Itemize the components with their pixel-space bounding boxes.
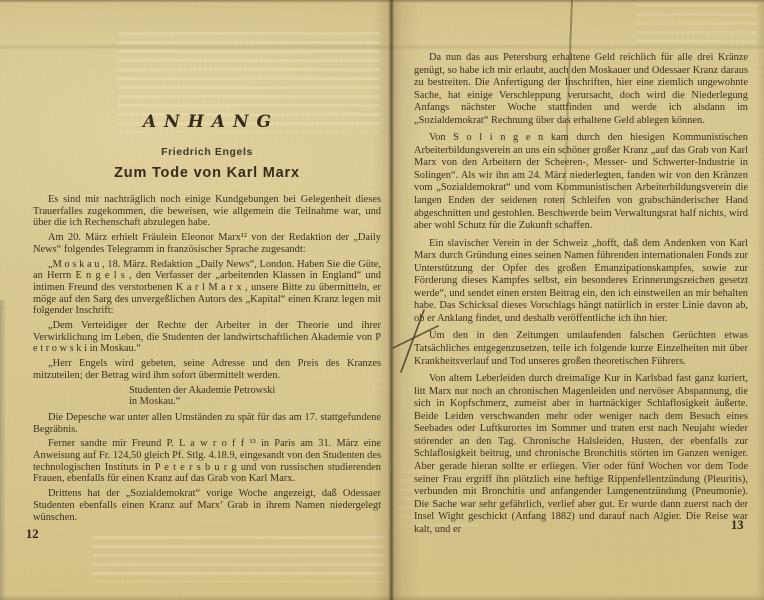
paragraph: Ein slavischer Verein in der Schweiz „ho… — [414, 238, 748, 326]
page-showthrough-texture — [636, 4, 758, 44]
page-number-right: 13 — [731, 518, 744, 533]
page-number-left: 12 — [26, 527, 39, 542]
paragraph: Ferner sandte mir Freund P. L a w r o f … — [33, 438, 381, 485]
signature-line: Studenten der Akademie Petrowski — [129, 385, 381, 397]
paragraph: Da nun das aus Petersburg erhaltene Geld… — [414, 52, 748, 127]
paper-discoloration-band — [0, 44, 764, 50]
section-title: ANHANG — [41, 112, 381, 132]
chapter-heading: Zum Tode von Karl Marx — [33, 165, 381, 181]
scan-top-edge — [0, 0, 764, 3]
paragraph: „Herr Engels wird gebeten, seine Adresse… — [33, 358, 381, 381]
paragraph: Um den in den Zeitungen umlaufenden fals… — [414, 330, 748, 368]
scan-right-edge — [756, 0, 764, 600]
paragraph: Von altem Leberleiden durch dreimalige K… — [414, 373, 748, 536]
paragraph: Die Depesche war unter allen Umständen z… — [33, 412, 381, 435]
paragraph: Es sind mir nachträglich noch einige Kun… — [33, 194, 381, 229]
author-name: Friedrich Engels — [33, 146, 381, 158]
paragraph-telegram: „M o s k a u , 18. März. Redaktion „Dail… — [33, 259, 381, 318]
scan-left-edge — [0, 300, 6, 600]
scan-bottom-edge — [0, 595, 764, 600]
paragraph: Drittens hat der „Sozialdemokrat“ vorige… — [33, 488, 381, 523]
page-showthrough-texture — [92, 536, 384, 582]
right-page: Da nun das aus Petersburg erhaltene Geld… — [414, 52, 748, 541]
telegram-signature: Studenten der Akademie Petrowski in Mosk… — [33, 385, 381, 408]
signature-line: in Moskau.“ — [129, 396, 381, 408]
paragraph: Am 20. März erhielt Fräulein Eleonor Mar… — [33, 232, 381, 255]
left-page: ANHANG Friedrich Engels Zum Tode von Kar… — [33, 112, 381, 526]
paragraph: Von S o l i n g e n kam durch den hiesig… — [414, 132, 748, 232]
paragraph-inscription: „Dem Verteidiger der Rechte der Arbeiter… — [33, 320, 381, 355]
